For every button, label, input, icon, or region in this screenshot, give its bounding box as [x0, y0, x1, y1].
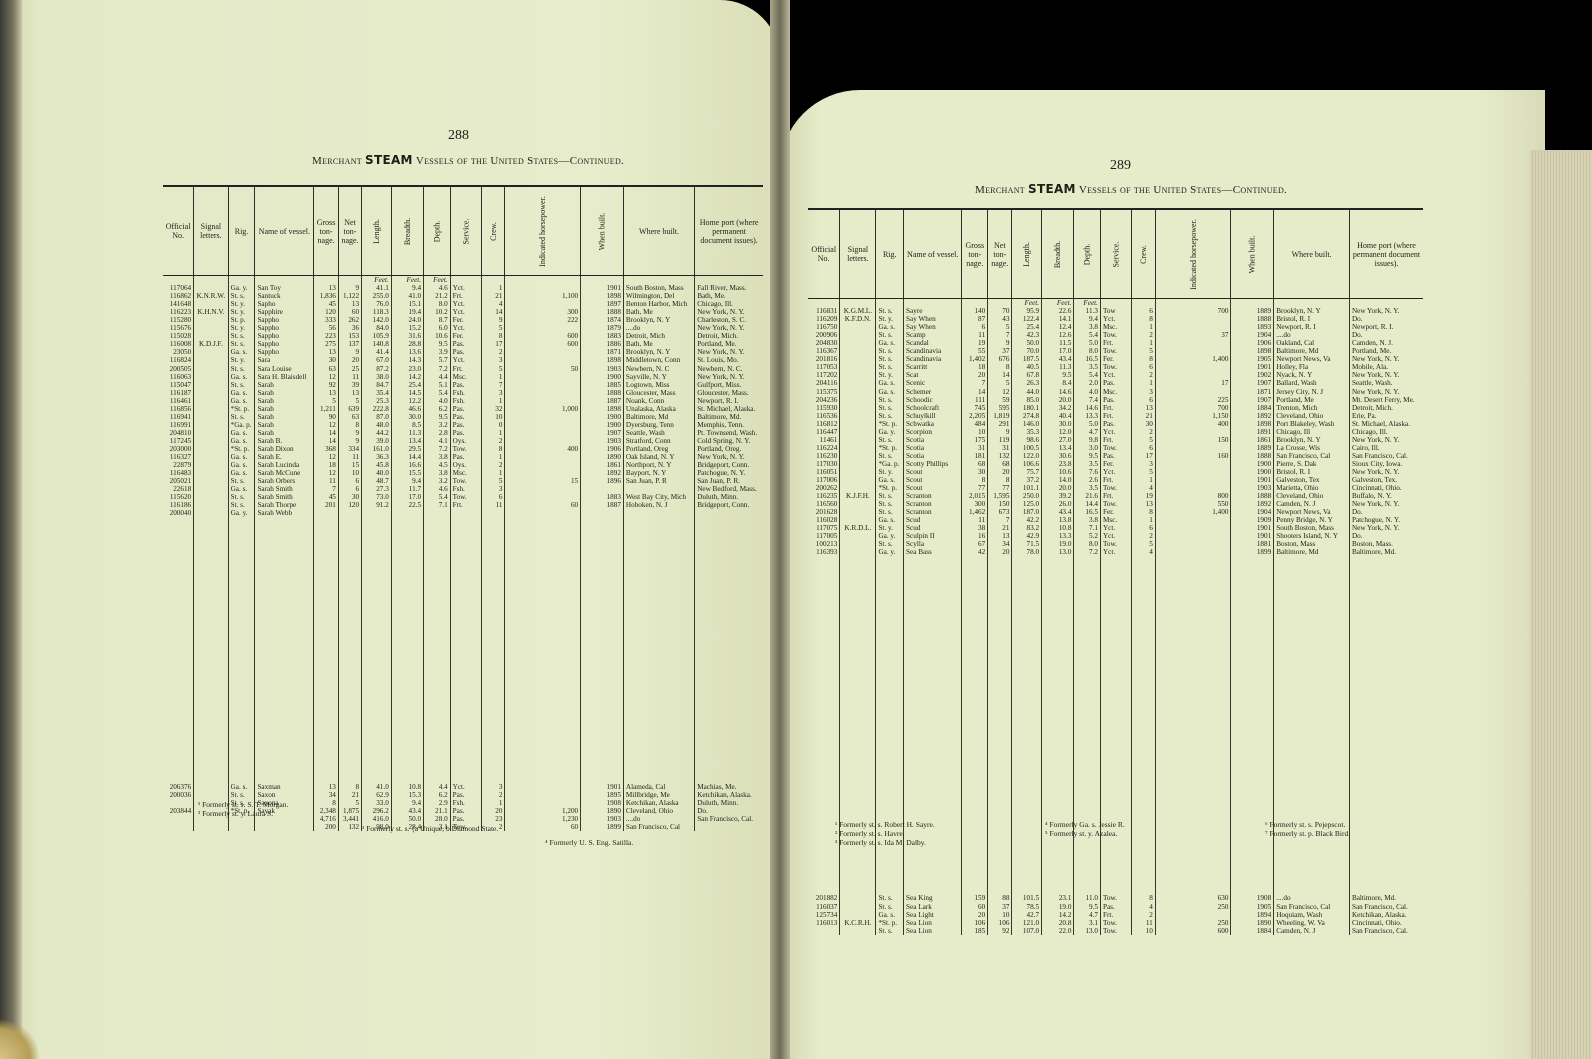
table-row: 116862K.N.R.W.St. s.Santuck1,8361,122255… — [163, 292, 763, 300]
table-cell: 117005 — [808, 532, 840, 540]
table-cell: 76.0 — [362, 300, 392, 308]
table-cell: 222 — [505, 316, 581, 324]
table-row-spacer — [163, 558, 763, 566]
table-cell: St. s. — [228, 493, 255, 501]
table-cell: 1892 — [1231, 500, 1274, 508]
table-cell — [505, 493, 581, 501]
table-cell: 119 — [988, 436, 1012, 444]
table-row: 22879Ga. s.Sarah Lucinda181545.816.64.5O… — [163, 461, 763, 469]
table-cell: Tow — [1100, 307, 1131, 315]
table-cell: St. s. — [876, 347, 904, 355]
table-cell: 5 — [1131, 347, 1155, 355]
table-cell: 29.5 — [391, 445, 423, 453]
table-cell: 1905 — [1231, 903, 1274, 911]
table-cell — [194, 453, 228, 461]
table-cell: 1899 — [1231, 548, 1274, 556]
table-cell: 15.5 — [391, 469, 423, 477]
table-cell: New York, N. Y. — [1349, 371, 1423, 379]
table-cell: 121.0 — [1012, 919, 1042, 927]
table-cell: 122.4 — [1012, 315, 1042, 323]
table-cell: 1905 — [1231, 355, 1274, 363]
table-cell — [1155, 468, 1231, 476]
col-gross: Gross ton-nage. — [314, 186, 339, 276]
table-row-spacer — [163, 662, 763, 670]
col-home-port: Home port (where permanent document issu… — [695, 186, 763, 276]
footnote: ⁶ Formerly st. s. Pejepscot. — [1265, 820, 1350, 829]
table-cell: 1861 — [581, 461, 624, 469]
table-cell: 20.0 — [1042, 396, 1074, 404]
table-cell: Oak Island, N. Y — [623, 453, 694, 461]
table-cell: Yct. — [1100, 524, 1131, 532]
table-cell: 116327 — [163, 453, 194, 461]
table-cell: 5 — [1131, 540, 1155, 548]
table-row: 203000*St. p.Sarah Dixon368334161.029.57… — [163, 445, 763, 453]
table-cell: 1895 — [581, 791, 624, 799]
table-cell: Scranton — [904, 508, 962, 516]
footnote: ³ Formerly st. s. {a Unique, b Diamond S… — [362, 824, 498, 833]
table-cell: Sarah Dixon — [255, 445, 314, 453]
table-cell: St. s. — [228, 292, 255, 300]
table-cell: 6 — [1131, 396, 1155, 404]
table-cell: Newbern, N. C — [623, 365, 694, 373]
table-cell — [1155, 339, 1231, 347]
table-row: 23050Ga. s.Sappho13941.413.63.9Pas.21871… — [163, 348, 763, 356]
table-row-spacer — [163, 622, 763, 630]
table-cell: Saxman — [255, 783, 314, 791]
table-cell: 10.8 — [391, 783, 423, 791]
table-cell — [840, 412, 876, 420]
table-row: 204810Ga. s.Sarah14944.211.32.8Pas.11907… — [163, 429, 763, 437]
table-cell: 23.0 — [391, 365, 423, 373]
table-cell: 116063 — [163, 373, 194, 381]
table-cell: 484 — [962, 420, 988, 428]
table-cell: 8 — [988, 476, 1012, 484]
table-cell: 116862 — [163, 292, 194, 300]
table-body: Feet. Feet. Feet. 117064Ga. y.San Toy139… — [163, 276, 763, 832]
table-cell: Pas. — [450, 413, 481, 421]
table-cell — [163, 799, 194, 807]
table-cell — [391, 509, 423, 517]
table-cell: Ga. s. — [228, 469, 255, 477]
table-cell: 700 — [1155, 307, 1231, 315]
table-cell: 8.0 — [1074, 347, 1101, 355]
table-cell: 41.0 — [362, 783, 392, 791]
table-row-spacer — [808, 613, 1423, 621]
table-cell: St. s. — [228, 381, 255, 389]
table-cell — [194, 461, 228, 469]
table-cell: Scamp — [904, 331, 962, 339]
page-number-left: 288 — [448, 128, 469, 144]
table-cell: San Francisco, Cal. — [1349, 903, 1423, 911]
table-cell: Yct. — [1100, 468, 1131, 476]
table-cell: 71.5 — [1012, 540, 1042, 548]
table-cell: Baltimore, Md — [623, 413, 694, 421]
table-cell: 87 — [962, 315, 988, 323]
table-cell: Do. — [1349, 315, 1423, 323]
table-cell: 32 — [481, 405, 505, 413]
table-cell: 4 — [481, 300, 505, 308]
table-cell: 13 — [338, 389, 361, 397]
table-cell: 101.5 — [1012, 894, 1042, 902]
table-cell: Yct. — [1100, 532, 1131, 540]
table-cell: 4,716 — [314, 815, 339, 823]
table-cell: St. s. — [876, 436, 904, 444]
table-cell: St. y. — [876, 371, 904, 379]
table-cell: Msc. — [450, 469, 481, 477]
table-cell: Marietta, Ohio — [1274, 484, 1350, 492]
table-cell: 116186 — [163, 501, 194, 509]
table-cell: 20 — [988, 548, 1012, 556]
table-cell: Sarah — [255, 421, 314, 429]
table-cell: 78.5 — [1012, 903, 1042, 911]
table-cell: 5 — [1131, 436, 1155, 444]
table-cell: 200 — [314, 823, 339, 831]
table-cell: 225 — [1155, 396, 1231, 404]
table-cell: 4.1 — [424, 437, 451, 445]
table-cell: 187.0 — [1012, 508, 1042, 516]
table-cell: 59 — [988, 396, 1012, 404]
col-length: Length. — [362, 186, 392, 276]
table-cell: 17 — [1131, 452, 1155, 460]
table-cell: 22618 — [163, 485, 194, 493]
table-row: 116393Ga. y.Sea Bass422078.013.07.2Yct.4… — [808, 548, 1423, 556]
table-cell: 30 — [338, 493, 361, 501]
table-cell: Scarritt — [904, 363, 962, 371]
table-row: 117202St. y.Scat201467.89.55.4Yct.21902N… — [808, 371, 1423, 379]
table-cell: 115280 — [163, 316, 194, 324]
table-row: 117064Ga. y.San Toy13941.19.44.6Yct.1190… — [163, 284, 763, 292]
table-cell: Galveston, Tex. — [1349, 476, 1423, 484]
table-cell: 84.7 — [362, 381, 392, 389]
table-cell: Bridgeport, Conn. — [695, 501, 763, 509]
table-cell: 11 — [481, 501, 505, 509]
table-cell: 142.0 — [362, 316, 392, 324]
table-cell: St. y. — [228, 324, 255, 332]
table-cell: 48.0 — [362, 421, 392, 429]
table-cell: 1,100 — [505, 292, 581, 300]
table-cell: 5 — [481, 477, 505, 485]
table-cell: 205021 — [163, 477, 194, 485]
table-cell: 8 — [338, 783, 361, 791]
table-cell: 1887 — [581, 397, 624, 405]
table-row: 100213St. s.Scylla673471.519.08.0Tow.518… — [808, 540, 1423, 548]
table-cell: 2 — [1131, 428, 1155, 436]
table-cell: 60 — [505, 501, 581, 509]
table-row: 200906St. s.Scamp11742.312.65.4Tow.23719… — [808, 331, 1423, 339]
table-cell: 5 — [314, 397, 339, 405]
left-page: 288 Merchant STEAM Vessels of the United… — [0, 0, 780, 1059]
table-cell: St. y. — [876, 315, 904, 323]
table-cell: Chicago, Ill — [1274, 428, 1350, 436]
table-cell: 23.8 — [1042, 460, 1074, 468]
table-cell: 1909 — [1231, 516, 1274, 524]
table-row-spacer — [808, 806, 1423, 814]
table-cell: 23.1 — [1042, 894, 1074, 902]
table-cell — [194, 485, 228, 493]
table-cell: 11.0 — [1074, 894, 1101, 902]
table-cell: 9 — [481, 316, 505, 324]
table-cell: Pas. — [450, 791, 481, 799]
table-row: 116013K.C.R.H.*St. p.Sea Lion106106121.0… — [808, 919, 1423, 927]
table-cell: Sarah — [255, 381, 314, 389]
table-cell: 14 — [962, 388, 988, 396]
table-cell — [840, 428, 876, 436]
col-net: Net ton-nage. — [988, 209, 1012, 299]
table-cell: 116824 — [163, 356, 194, 364]
table-row: 200036St. s.Saxon342162.915.36.2Pas.2189… — [163, 791, 763, 799]
col-depth: Depth. — [424, 186, 451, 276]
table-row: 116812*St. p.Schwatka484291146.030.05.0P… — [808, 420, 1423, 428]
table-cell: 9 — [338, 437, 361, 445]
table-cell: Tow. — [1100, 484, 1131, 492]
table-cell: 3.8 — [424, 469, 451, 477]
table-cell: Sea King — [904, 894, 962, 902]
table-cell: 200262 — [808, 484, 840, 492]
table-cell: 9.4 — [1074, 315, 1101, 323]
table-cell: 200906 — [808, 331, 840, 339]
table-cell: Frt. — [450, 365, 481, 373]
table-cell: 3 — [481, 783, 505, 791]
book-page-edges — [1530, 150, 1592, 1059]
table-cell — [840, 355, 876, 363]
table-cell: 1900 — [581, 413, 624, 421]
table-cell: Cold Spring, N. Y. — [695, 437, 763, 445]
table-cell: 153 — [338, 332, 361, 340]
table-cell: 67.0 — [362, 356, 392, 364]
table-cell: 5 — [1131, 468, 1155, 476]
table-cell — [505, 348, 581, 356]
table-cell: Newport, R. I. — [1349, 323, 1423, 331]
table-row-spacer — [808, 717, 1423, 725]
table-cell: *St. p. — [876, 420, 904, 428]
table-cell: St. s. — [228, 791, 255, 799]
table-cell: 11.3 — [1074, 307, 1101, 315]
table-cell: Scenic — [904, 379, 962, 387]
table-row-spacer — [808, 589, 1423, 597]
table-row-spacer — [808, 766, 1423, 774]
table-cell — [1155, 388, 1231, 396]
table-cell: 274.8 — [1012, 412, 1042, 420]
col-where-built: Where built. — [1274, 209, 1350, 299]
table-cell: 9.5 — [424, 413, 451, 421]
table-row-spacer — [808, 774, 1423, 782]
table-cell: 1,875 — [338, 807, 361, 815]
table-cell: Sarah E. — [255, 453, 314, 461]
table-cell: New York, N. Y. — [1349, 307, 1423, 315]
table-cell: St. s. — [876, 508, 904, 516]
title-bold: STEAM — [1028, 182, 1076, 196]
table-cell: 10.8 — [1042, 524, 1074, 532]
table-cell — [194, 823, 228, 831]
table-cell: Ga. s. — [228, 461, 255, 469]
table-cell: New York, N. Y. — [1349, 436, 1423, 444]
table-cell: 14 — [988, 371, 1012, 379]
table-cell: 25.3 — [362, 397, 392, 405]
table-cell: New Bedford, Mass. — [695, 485, 763, 493]
units-length: Feet. — [362, 276, 392, 285]
table-cell: 30.0 — [1042, 420, 1074, 428]
table-cell: 9 — [338, 348, 361, 356]
table-cell: South Boston, Mass — [623, 284, 694, 292]
table-cell: 25.4 — [1012, 323, 1042, 331]
col-signal-letters: Signal letters. — [840, 209, 876, 299]
table-row: 117030*Ga. p.Scotty Phillips6868106.623.… — [808, 460, 1423, 468]
table-cell: ....do — [623, 815, 694, 823]
table-cell: Fsh. — [450, 397, 481, 405]
table-cell — [840, 548, 876, 556]
table-cell: 98.6 — [1012, 436, 1042, 444]
table-cell: 222.8 — [362, 405, 392, 413]
table-cell: 84.0 — [362, 324, 392, 332]
table-row-spacer — [808, 685, 1423, 693]
table-cell: 33.0 — [362, 799, 392, 807]
table-cell: 37.2 — [1012, 476, 1042, 484]
table-cell: 3 — [1131, 460, 1155, 468]
footnotes-left-c: ⁴ Formerly U. S. Eng. Satilla. — [545, 838, 633, 847]
footnote: ⁴ Formerly U. S. Eng. Satilla. — [545, 838, 633, 847]
table-cell: 600 — [505, 332, 581, 340]
table-cell: 4.0 — [1074, 388, 1101, 396]
table-row-spacer — [163, 646, 763, 654]
table-cell: Cairo, Ill. — [1349, 444, 1423, 452]
table-cell: 35.4 — [362, 389, 392, 397]
table-cell: Bath, Me — [623, 308, 694, 316]
title-suffix: Vessels of the United States—Continued. — [1079, 184, 1287, 196]
table-cell — [194, 421, 228, 429]
table-cell — [840, 404, 876, 412]
table-row: 115676St. y.Sappho563684.015.26.0Yct.518… — [163, 324, 763, 332]
table-cell — [1155, 315, 1231, 323]
table-row-spacer — [163, 759, 763, 767]
table-cell: St. Louis, Mo. — [695, 356, 763, 364]
table-row-spacer — [163, 702, 763, 710]
table-cell: San Francisco, Cal — [1274, 903, 1350, 911]
table-cell: 68 — [988, 460, 1012, 468]
table-cell: 25.4 — [391, 381, 423, 389]
table-cell — [840, 484, 876, 492]
table-row-spacer — [163, 775, 763, 783]
table-cell: Pas. — [450, 381, 481, 389]
table-cell: 91.2 — [362, 501, 392, 509]
table-cell: 48.7 — [362, 477, 392, 485]
table-cell — [1155, 460, 1231, 468]
table-cell — [840, 379, 876, 387]
table-cell: 1,595 — [988, 492, 1012, 500]
table-cell: 116037 — [808, 903, 840, 911]
table-cell: 26.0 — [1042, 500, 1074, 508]
table-cell: Saxon — [255, 791, 314, 799]
title-bold: STEAM — [365, 153, 413, 167]
table-cell: 117053 — [808, 363, 840, 371]
table-cell: 1898 — [1231, 347, 1274, 355]
table-cell: 106.6 — [1012, 460, 1042, 468]
table-cell: St. s. — [228, 365, 255, 373]
table-row-spacer — [808, 597, 1423, 605]
table-cell: 13.0 — [1042, 548, 1074, 556]
table-cell: Frt. — [1100, 412, 1131, 420]
table-cell: 10 — [988, 911, 1012, 919]
table-row-spacer — [808, 629, 1423, 637]
table-cell: Ga. s. — [228, 429, 255, 437]
table-cell: Ga. y. — [876, 532, 904, 540]
table-cell: Bayport, N. Y — [623, 469, 694, 477]
table-cell: Portland, Oreg. — [695, 445, 763, 453]
table-cell: 1904 — [1231, 331, 1274, 339]
table-row-spacer — [163, 727, 763, 735]
table-cell: 5 — [988, 323, 1012, 331]
table-cell: 4.6 — [424, 485, 451, 493]
table-cell: 3.0 — [1074, 444, 1101, 452]
table-cell: St. s. — [876, 412, 904, 420]
table-row: 201628St. s.Scranton1,462673187.043.416.… — [808, 508, 1423, 516]
table-cell: 31.6 — [391, 332, 423, 340]
table-cell: Baltimore, Md — [1274, 347, 1350, 355]
table-cell: Sarah B. — [255, 437, 314, 445]
table-cell: 13 — [314, 389, 339, 397]
footnote: ² Formerly st. s. Havre. — [835, 829, 935, 838]
table-cell: Sea Lion — [904, 919, 962, 927]
table-cell: Camden, N. J — [1274, 927, 1350, 935]
table-cell: 116367 — [808, 347, 840, 355]
table-cell — [1155, 540, 1231, 548]
table-cell: 125734 — [808, 911, 840, 919]
table-cell: 105.9 — [362, 332, 392, 340]
table-cell: K.N.R.W. — [194, 292, 228, 300]
table-cell: 116223 — [163, 308, 194, 316]
table-cell: Wilmington, Del — [623, 292, 694, 300]
table-cell: 416.0 — [362, 815, 392, 823]
table-cell: 7.2 — [424, 445, 451, 453]
table-cell: 20 — [481, 807, 505, 815]
table-cell: Logtown, Miss — [623, 381, 694, 389]
table-cell: 9.4 — [391, 284, 423, 292]
table-cell: Cleveland, Ohio — [1274, 412, 1350, 420]
table-cell: New York, N. Y. — [695, 453, 763, 461]
table-cell: 125.0 — [1012, 500, 1042, 508]
table-cell: 15.3 — [391, 791, 423, 799]
table-cell: 7 — [314, 485, 339, 493]
table-cell: 3 — [481, 485, 505, 493]
table-cell: Alameda, Cal — [623, 783, 694, 791]
table-cell: 800 — [1155, 492, 1231, 500]
table-cell: 19 — [1131, 492, 1155, 500]
table-cell: 37 — [1155, 331, 1231, 339]
table-cell: 41.0 — [391, 292, 423, 300]
table-cell: Yct. — [450, 324, 481, 332]
table-cell: 5 — [338, 799, 361, 807]
table-cell: 116187 — [163, 389, 194, 397]
table-cell: 39.2 — [1042, 492, 1074, 500]
table-row: 116223K.H.N.V.St. y.Sapphire12060118.319… — [163, 308, 763, 316]
table-cell: 9.4 — [391, 799, 423, 807]
table-row-spacer — [808, 862, 1423, 870]
table-cell: 116991 — [163, 421, 194, 429]
table-cell: Ga. s. — [876, 516, 904, 524]
table-row-spacer — [808, 653, 1423, 661]
table-cell: Baltimore, Md. — [1349, 894, 1423, 902]
table-cell — [194, 429, 228, 437]
table-cell: Sarah — [255, 397, 314, 405]
table-cell: *Ga. p. — [876, 460, 904, 468]
table-cell: Sarah Orbers — [255, 477, 314, 485]
table-cell: St. s. — [876, 363, 904, 371]
table-cell: 1908 — [581, 799, 624, 807]
table-cell: New York, N. Y. — [1349, 355, 1423, 363]
table-cell: Port Blakeley, Wash — [1274, 420, 1350, 428]
table-cell: St. s. — [876, 307, 904, 315]
table-row-spacer — [808, 605, 1423, 613]
table-cell: 7 — [988, 331, 1012, 339]
